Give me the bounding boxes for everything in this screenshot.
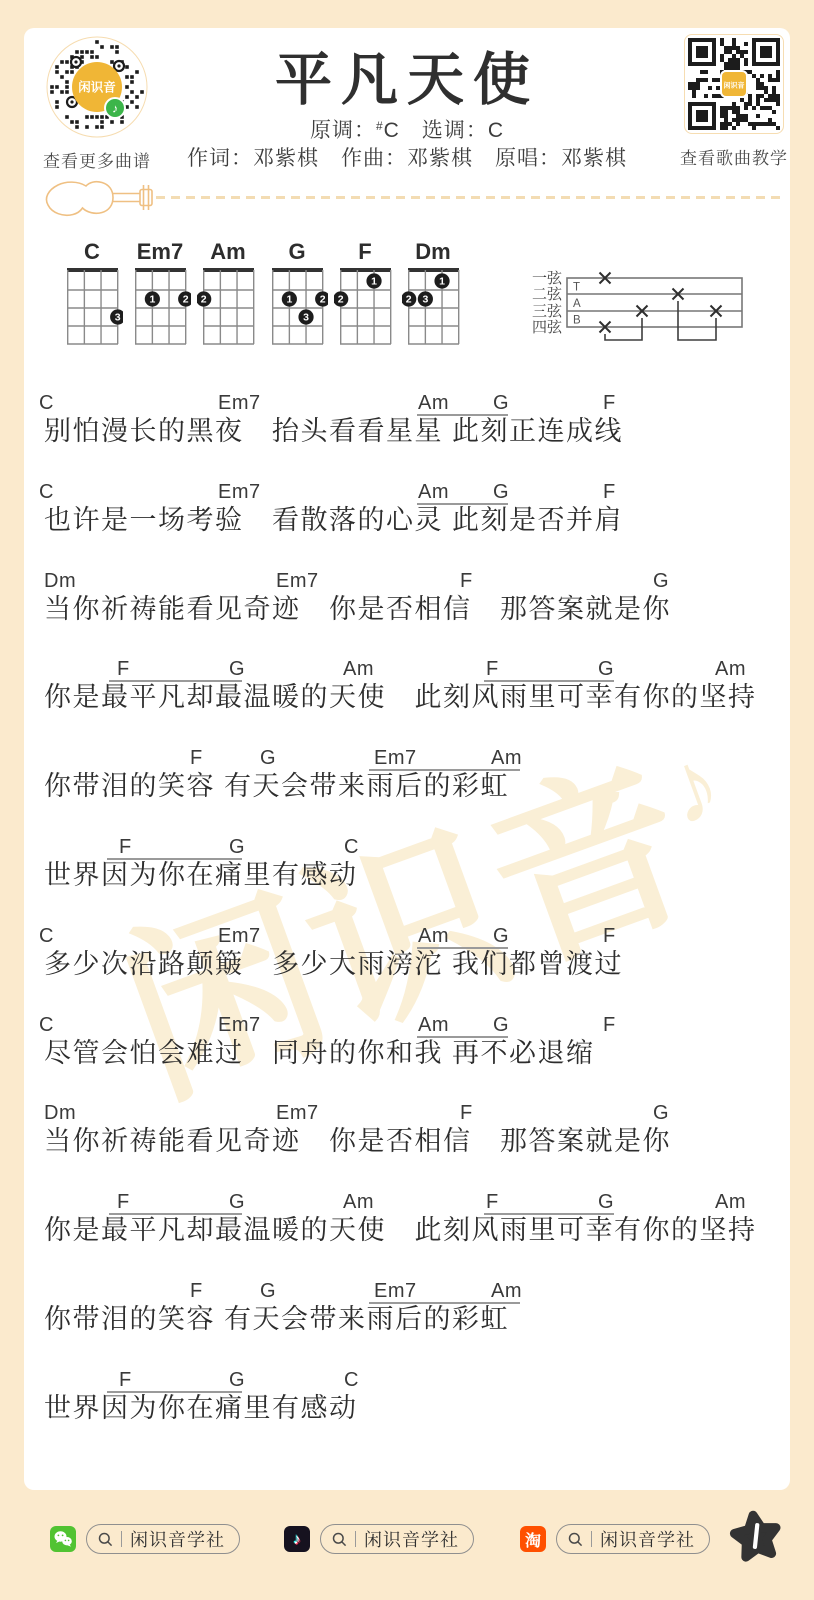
chord-label-Em7: Em7 — [374, 748, 417, 768]
chord-label-C: C — [39, 482, 54, 502]
chord-label-C: C — [39, 393, 54, 413]
chord-label-Em7: Em7 — [218, 926, 261, 946]
chord-label-F: F — [603, 393, 616, 413]
lyric-text: 别怕漫长的黑夜 抬头看看星星 此刻正连成线 — [44, 413, 623, 449]
chord-label-G: G — [598, 1192, 614, 1212]
chord-label-F: F — [460, 1103, 473, 1123]
chord-label-C: C — [344, 837, 359, 857]
chord-sheet-page: { "header": { "title": "平凡天使", "key_pref… — [0, 0, 814, 1600]
chord-label-Em7: Em7 — [276, 1103, 319, 1123]
chord-label-F: F — [190, 1281, 203, 1301]
chord-label-F: F — [486, 1192, 499, 1212]
search-icon — [98, 1532, 113, 1547]
sheet-card: 闲识音♪ 查看更多曲谱 平凡天使 原调：#C 选调：C 作词：邓紫棋 作曲：邓紫… — [24, 28, 790, 1490]
lyric-text: 多少次沿路颠簸 多少大雨滂沱 我们都曾渡过 — [44, 946, 623, 982]
chord-label-Am: Am — [418, 393, 449, 413]
chord-label-Em7: Em7 — [218, 1015, 261, 1035]
chord-label-G: G — [653, 1103, 669, 1123]
chord-label-F: F — [603, 1015, 616, 1035]
chord-label-Em7: Em7 — [276, 571, 319, 591]
lyric-line: CEm7AmGF多少次沿路颠簸 多少大雨滂沱 我们都曾渡过 — [24, 926, 790, 998]
chord-label-F: F — [119, 837, 132, 857]
lyric-text: 世界因为你在痛里有感动 — [44, 1390, 358, 1426]
chord-label-G: G — [493, 1015, 509, 1035]
chord-label-Am: Am — [343, 1192, 374, 1212]
lyric-line: CEm7AmGF尽管会怕会难过 同舟的你和我 再不必退缩 — [24, 1015, 790, 1087]
lyric-line: FGEm7Am你带泪的笑容 有天会带来雨后的彩虹 — [24, 748, 790, 820]
lyric-line: FGEm7Am你带泪的笑容 有天会带来雨后的彩虹 — [24, 1281, 790, 1353]
chord-label-Em7: Em7 — [218, 393, 261, 413]
search-keyword: 闲识音学社 — [600, 1526, 695, 1552]
douyin-icon: ♪ — [284, 1526, 310, 1552]
chord-label-F: F — [486, 659, 499, 679]
search-icon — [568, 1532, 583, 1547]
search-pill: 闲识音学社 — [86, 1524, 240, 1554]
pill-divider — [355, 1531, 356, 1547]
chord-label-G: G — [493, 482, 509, 502]
chord-label-F: F — [460, 571, 473, 591]
lyric-text: 尽管会怕会难过 同舟的你和我 再不必退缩 — [44, 1035, 595, 1071]
search-keyword: 闲识音学社 — [130, 1526, 225, 1552]
lyric-line: DmEm7FG当你祈祷能看见奇迹 你是否相信 那答案就是你 — [24, 571, 790, 643]
star-logo — [728, 1508, 784, 1564]
chord-label-G: G — [598, 659, 614, 679]
chord-label-Am: Am — [418, 482, 449, 502]
chord-label-G: G — [229, 837, 245, 857]
footer-platform-taobao: 淘闲识音学社 — [520, 1524, 710, 1554]
chord-label-Am: Am — [715, 1192, 746, 1212]
search-pill: 闲识音学社 — [556, 1524, 710, 1554]
chord-label-Am: Am — [715, 659, 746, 679]
lyrics-score: CEm7AmGF别怕漫长的黑夜 抬头看看星星 此刻正连成线CEm7AmGF也许是… — [24, 28, 790, 1490]
lyric-line: CEm7AmGF也许是一场考验 看散落的心灵 此刻是否并肩 — [24, 482, 790, 554]
search-pill: 闲识音学社 — [320, 1524, 474, 1554]
search-icon — [332, 1532, 347, 1547]
chord-label-F: F — [119, 1370, 132, 1390]
chord-label-G: G — [493, 926, 509, 946]
chord-label-Am: Am — [418, 926, 449, 946]
chord-label-G: G — [229, 1192, 245, 1212]
lyric-text: 当你祈祷能看见奇迹 你是否相信 那答案就是你 — [44, 591, 671, 627]
lyric-text: 当你祈祷能看见奇迹 你是否相信 那答案就是你 — [44, 1123, 671, 1159]
chord-label-Am: Am — [418, 1015, 449, 1035]
chord-label-C: C — [344, 1370, 359, 1390]
lyric-line: FGC世界因为你在痛里有感动 — [24, 837, 790, 909]
chord-label-C: C — [39, 1015, 54, 1035]
footer-platform-douyin: ♪闲识音学社 — [284, 1524, 474, 1554]
chord-label-G: G — [653, 571, 669, 591]
chord-label-G: G — [229, 1370, 245, 1390]
taobao-icon: 淘 — [520, 1526, 546, 1552]
lyric-line: FGC世界因为你在痛里有感动 — [24, 1370, 790, 1442]
chord-label-G: G — [229, 659, 245, 679]
lyric-text: 你是最平凡却最温暖的天使 此刻风雨里可幸有你的坚持 — [44, 679, 757, 715]
chord-label-C: C — [39, 926, 54, 946]
lyric-line: DmEm7FG当你祈祷能看见奇迹 你是否相信 那答案就是你 — [24, 1103, 790, 1175]
lyric-line: FGAmFGAm你是最平凡却最温暖的天使 此刻风雨里可幸有你的坚持 — [24, 1192, 790, 1264]
chord-label-F: F — [190, 748, 203, 768]
wechat-icon — [50, 1526, 76, 1552]
chord-label-Am: Am — [491, 1281, 522, 1301]
footer-platform-wechat: 闲识音学社 — [50, 1524, 240, 1554]
lyric-text: 你是最平凡却最温暖的天使 此刻风雨里可幸有你的坚持 — [44, 1212, 757, 1248]
chord-label-Em7: Em7 — [374, 1281, 417, 1301]
chord-label-G: G — [260, 1281, 276, 1301]
lyric-line: CEm7AmGF别怕漫长的黑夜 抬头看看星星 此刻正连成线 — [24, 393, 790, 465]
chord-label-F: F — [117, 1192, 130, 1212]
lyric-text: 你带泪的笑容 有天会带来雨后的彩虹 — [44, 1301, 509, 1337]
lyric-line: FGAmFGAm你是最平凡却最温暖的天使 此刻风雨里可幸有你的坚持 — [24, 659, 790, 731]
pill-divider — [121, 1531, 122, 1547]
chord-label-Am: Am — [343, 659, 374, 679]
lyric-text: 世界因为你在痛里有感动 — [44, 857, 358, 893]
chord-label-F: F — [603, 482, 616, 502]
chord-label-G: G — [493, 393, 509, 413]
chord-label-Dm: Dm — [44, 571, 76, 591]
chord-label-Am: Am — [491, 748, 522, 768]
lyric-text: 也许是一场考验 看散落的心灵 此刻是否并肩 — [44, 502, 623, 538]
search-keyword: 闲识音学社 — [364, 1526, 459, 1552]
lyric-text: 你带泪的笑容 有天会带来雨后的彩虹 — [44, 768, 509, 804]
chord-label-F: F — [603, 926, 616, 946]
chord-label-G: G — [260, 748, 276, 768]
pill-divider — [591, 1531, 592, 1547]
chord-label-Dm: Dm — [44, 1103, 76, 1123]
chord-label-Em7: Em7 — [218, 482, 261, 502]
chord-label-F: F — [117, 659, 130, 679]
